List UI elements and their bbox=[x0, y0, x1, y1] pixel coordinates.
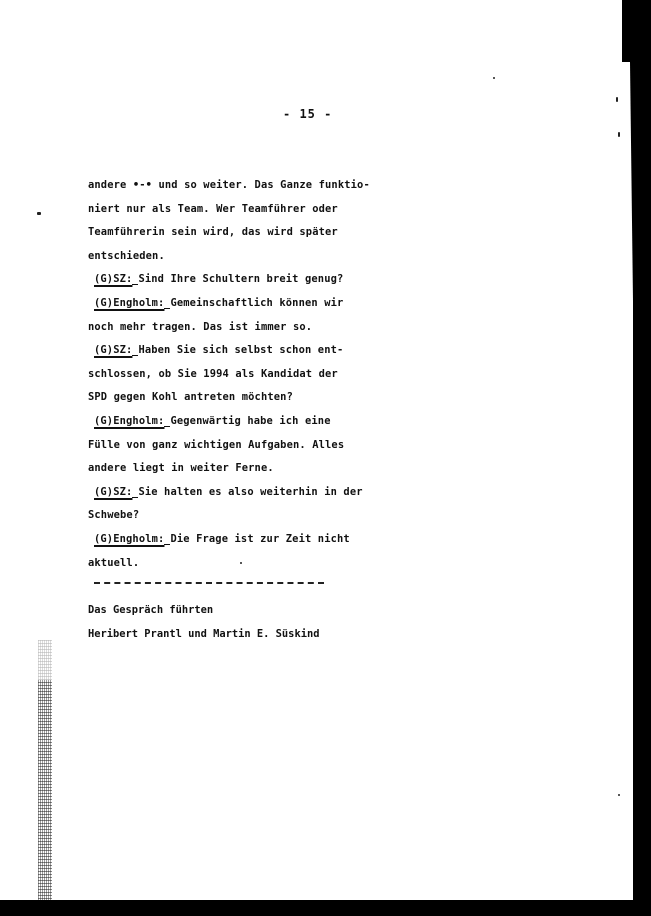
scan-border-bottom bbox=[0, 900, 651, 916]
interview-credits: Das Gespräch führten Heribert Prantl und… bbox=[88, 599, 319, 646]
text-line: (G)SZ:Sie halten es also weiterhin in de… bbox=[88, 481, 368, 505]
text-line: andere liegt in weiter Ferne. bbox=[88, 457, 368, 481]
text-line: andere •-• und so weiter. Das Ganze funk… bbox=[88, 174, 368, 198]
line-text: niert nur als Team. Wer Teamführer oder bbox=[88, 203, 338, 215]
line-text: andere •-• und so weiter. Das Ganze funk… bbox=[88, 179, 370, 191]
text-line: (G)Engholm:Gemeinschaftlich können wir bbox=[88, 292, 368, 316]
speaker-label: (G)Engholm: bbox=[88, 528, 164, 552]
scan-speck bbox=[618, 794, 620, 796]
line-text: schlossen, ob Sie 1994 als Kandidat der bbox=[88, 368, 338, 380]
line-text: Haben Sie sich selbst schon ent- bbox=[138, 344, 343, 356]
line-text: Teamführerin sein wird, das wird später bbox=[88, 226, 338, 238]
line-text: Schwebe? bbox=[88, 509, 139, 521]
line-text: aktuell. bbox=[88, 557, 139, 569]
interview-body: andere •-• und so weiter. Das Ganze funk… bbox=[88, 174, 368, 575]
text-line: schlossen, ob Sie 1994 als Kandidat der bbox=[88, 363, 368, 387]
line-text: Gemeinschaftlich können wir bbox=[170, 297, 343, 309]
speaker-label: (G)SZ: bbox=[88, 339, 132, 363]
line-text: Sie halten es also weiterhin in der bbox=[138, 486, 362, 498]
speaker-label: (G)SZ: bbox=[88, 481, 132, 505]
text-line: Fülle von ganz wichtigen Aufgaben. Alles bbox=[88, 434, 368, 458]
line-text: Gegenwärtig habe ich eine bbox=[170, 415, 330, 427]
text-line: (G)Engholm:Die Frage ist zur Zeit nicht bbox=[88, 528, 368, 552]
scan-noise-left bbox=[38, 680, 52, 902]
line-text: entschieden. bbox=[88, 250, 165, 262]
line-text: SPD gegen Kohl antreten möchten? bbox=[88, 391, 293, 403]
scan-speck bbox=[616, 97, 618, 102]
text-line: entschieden. bbox=[88, 245, 368, 269]
text-line: niert nur als Team. Wer Teamführer oder bbox=[88, 198, 368, 222]
credits-line-1: Das Gespräch führten bbox=[88, 599, 319, 623]
page-number: - 15 - bbox=[283, 107, 332, 121]
section-divider bbox=[94, 582, 324, 584]
scan-border-right-top bbox=[622, 0, 651, 62]
scan-border-right-lower bbox=[633, 300, 651, 900]
scan-noise-left-faint bbox=[38, 640, 52, 680]
text-line: Schwebe? bbox=[88, 504, 368, 528]
credits-line-2: Heribert Prantl und Martin E. Süskind bbox=[88, 623, 319, 647]
text-line: (G)SZ:Sind Ihre Schultern breit genug? bbox=[88, 268, 368, 292]
text-line: (G)SZ:Haben Sie sich selbst schon ent- bbox=[88, 339, 368, 363]
text-line: SPD gegen Kohl antreten möchten? bbox=[88, 386, 368, 410]
scan-speck bbox=[618, 132, 620, 137]
speaker-label: (G)Engholm: bbox=[88, 292, 164, 316]
speaker-label: (G)Engholm: bbox=[88, 410, 164, 434]
text-line: Teamführerin sein wird, das wird später bbox=[88, 221, 368, 245]
line-text: Sind Ihre Schultern breit genug? bbox=[138, 273, 343, 285]
text-line: (G)Engholm:Gegenwärtig habe ich eine bbox=[88, 410, 368, 434]
scan-speck bbox=[493, 77, 495, 79]
line-text: noch mehr tragen. Das ist immer so. bbox=[88, 321, 312, 333]
speaker-label: (G)SZ: bbox=[88, 268, 132, 292]
text-line: noch mehr tragen. Das ist immer so. bbox=[88, 316, 368, 340]
line-text: Die Frage ist zur Zeit nicht bbox=[170, 533, 349, 545]
line-text: Fülle von ganz wichtigen Aufgaben. Alles bbox=[88, 439, 344, 451]
scan-speck bbox=[37, 212, 41, 215]
text-line: aktuell. bbox=[88, 552, 368, 576]
line-text: andere liegt in weiter Ferne. bbox=[88, 462, 274, 474]
